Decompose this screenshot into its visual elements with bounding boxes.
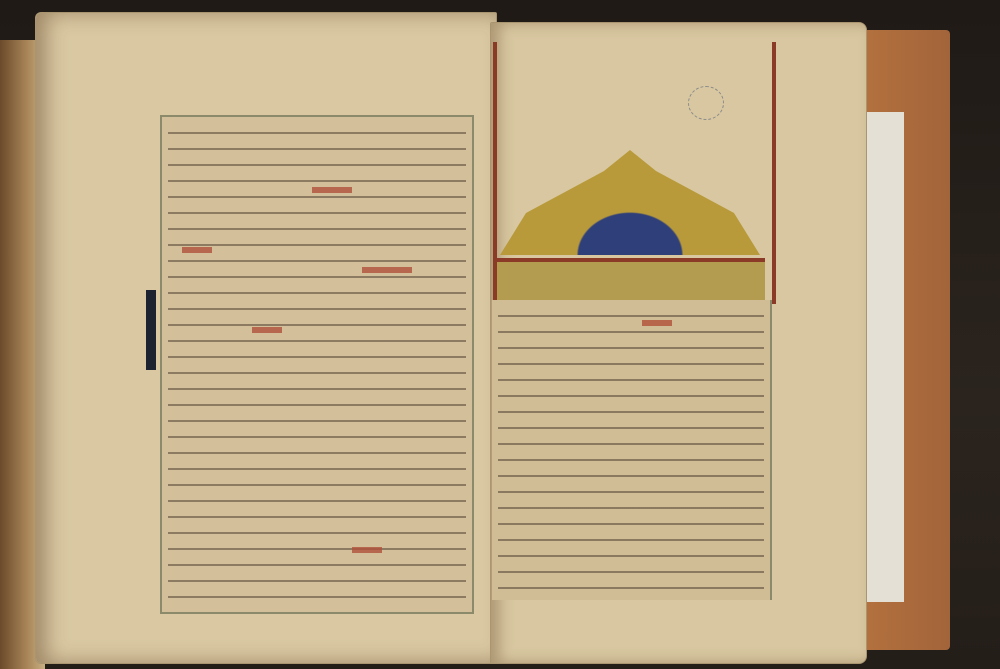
right-text-block (492, 300, 772, 600)
left-text-block (160, 115, 474, 614)
seal-stamp (688, 86, 724, 120)
title-band (497, 258, 765, 304)
clasp (146, 290, 156, 370)
